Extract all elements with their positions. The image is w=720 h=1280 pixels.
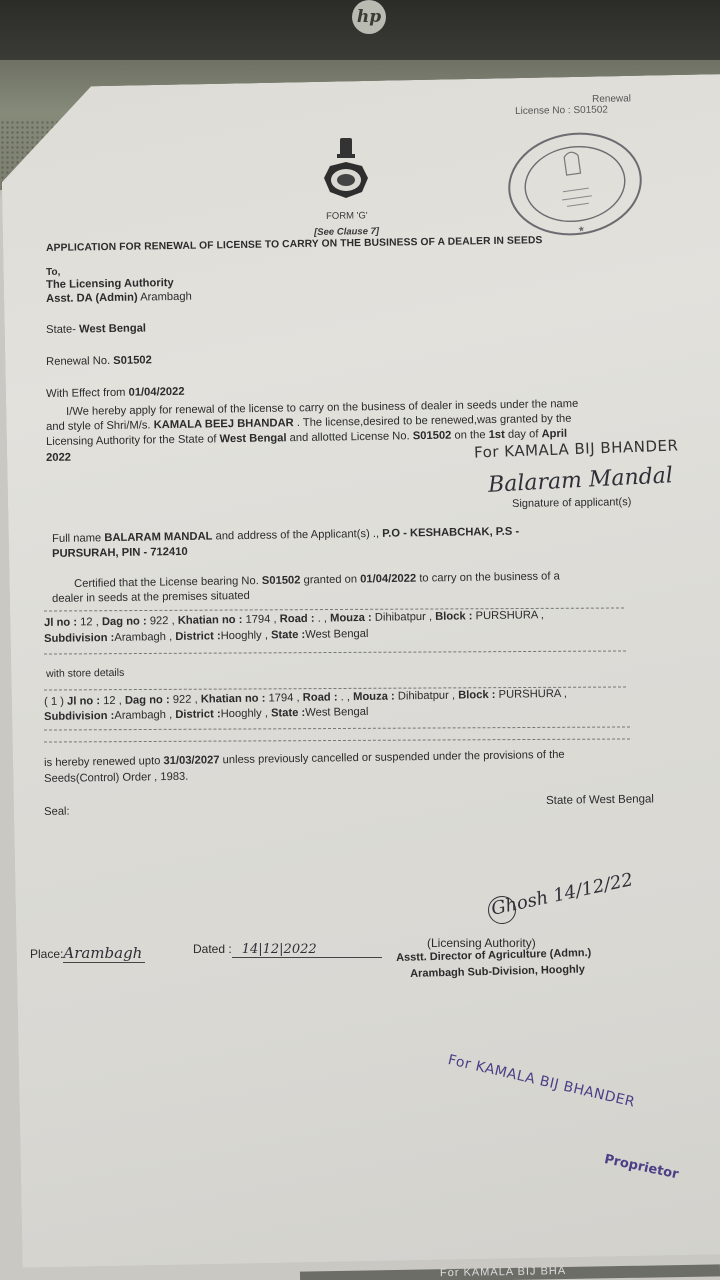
clause-reference: [See Clause 7] [314,226,379,238]
validity-line-2: Seeds(Control) Order , 1983. [44,771,188,785]
official-round-seal-icon: ★ [500,128,650,240]
officer-office: Arambagh Sub-Division, Hooghly [410,963,585,980]
effect-date-line: With Effect from 01/04/2022 [46,386,185,400]
state-line: State- West Bengal [46,322,146,336]
validity-line-1: is hereby renewed upto 31/03/2027 unless… [44,749,565,769]
proprietor-rubber-stamp: For KAMALA BIJ BHANDER [446,1052,636,1111]
license-number-header: License No : S01502 [515,105,608,117]
officer-designation: Asstt. Director of Agriculture (Admn.) [396,947,591,964]
premises-line-1: Jl no : 12 , Dag no : 922 , Khatian no :… [44,609,544,629]
applicant-address-line: PURSURAH, PIN - 712410 [52,546,188,560]
seal-label: Seal: [44,806,70,818]
signature-caption: Signature of applicant(s) [512,496,631,510]
renewal-header: Renewal [592,93,631,105]
divider [44,738,630,742]
proprietor-label: Proprietor [603,1152,680,1182]
premises-line-2: Subdivision :Arambagh , District :Hooghl… [44,628,369,645]
dated-field: Dated :14|12|2022 [193,942,382,958]
government-emblem-icon [318,136,374,208]
store-line-1: ( 1 ) Jl no : 12 , Dag no : 922 , Khatia… [44,688,567,708]
state-of-west-bengal-label: State of West Bengal [546,793,654,807]
applicant-name-line: Full name BALARAM MANDAL and address of … [52,526,519,545]
document: Renewal License No : S01502 ★ FORM 'G' [… [0,0,720,1280]
form-label: FORM 'G' [326,210,368,222]
renewal-number-line: Renewal No. S01502 [46,354,152,368]
divider [44,726,630,730]
svg-text:★: ★ [577,224,585,234]
document-title: APPLICATION FOR RENEWAL OF LICENSE TO CA… [46,235,543,254]
store-line-2: Subdivision :Arambagh , District :Hooghl… [44,706,369,723]
divider [44,650,626,654]
store-details-heading: with store details [46,667,124,680]
certificate-line-2: dealer in seeds at the premises situated [52,590,250,605]
addressee-office: Asst. DA (Admin) Arambagh [46,291,192,305]
application-line-4: 2022 [46,452,71,464]
certificate-line-1: Certified that the License bearing No. S… [74,570,560,590]
addressee-authority: The Licensing Authority [46,277,174,291]
addressee-to: To, [46,267,60,278]
next-page-edge: For KAMALA BIJ BHA [300,1264,720,1280]
officer-initial-circle [488,896,516,924]
applicant-signature: Balaram Mandal [487,463,673,498]
place-field: Place:Arambagh [30,944,145,963]
